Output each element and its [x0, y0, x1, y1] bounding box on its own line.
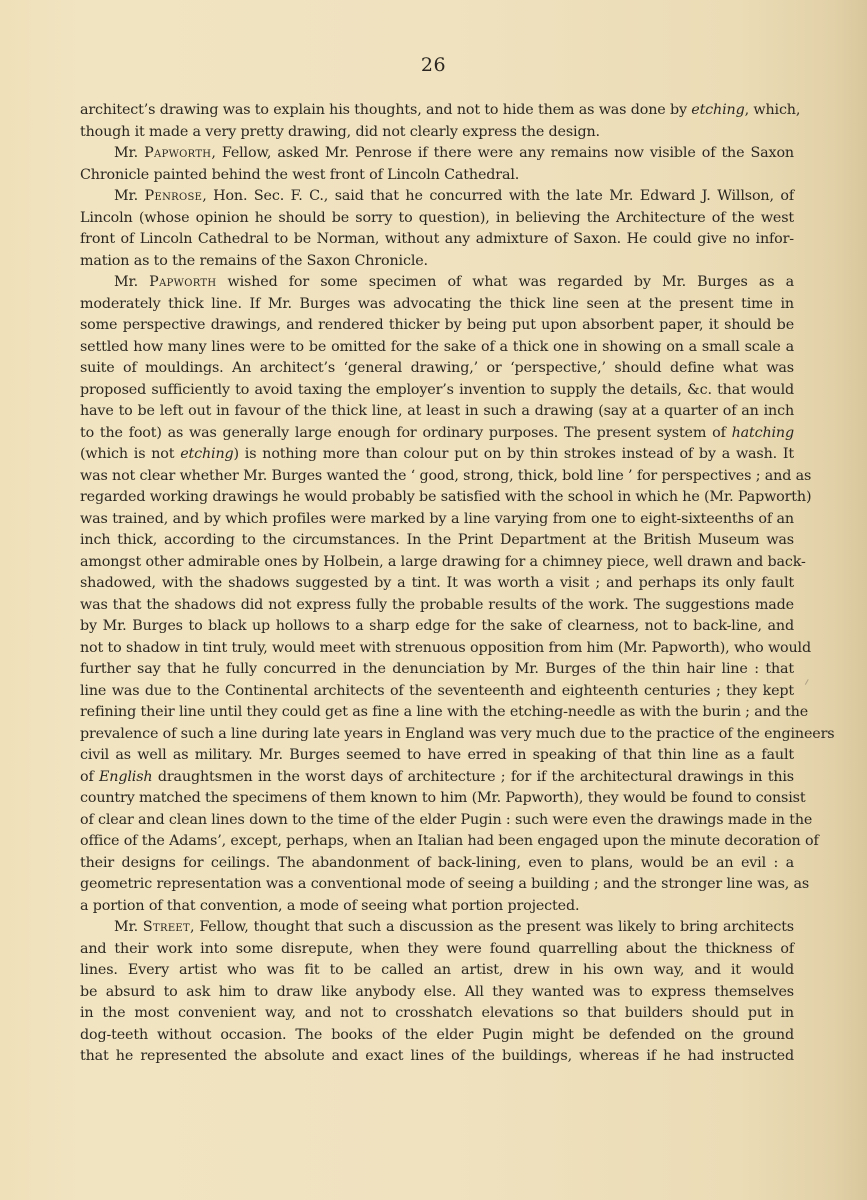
text-line: architect’s drawing was to explain his t… — [80, 100, 794, 122]
text-run: Mr. — [114, 188, 145, 204]
text-line: in the most convenient way, and not to c… — [80, 1003, 794, 1025]
page-number: 26 — [0, 54, 867, 76]
text-run: lines. Every artist who was fit to be ca… — [80, 962, 794, 978]
text-line: Lincoln (whose opinion he should be sorr… — [80, 208, 794, 230]
text-run: in the most convenient way, and not to c… — [80, 1005, 794, 1021]
text-run: wished for some specimen of what was reg… — [216, 274, 794, 290]
text-line: front of Lincoln Cathedral to be Norman,… — [80, 229, 794, 251]
text-line: Mr. Papworth wished for some specimen of… — [80, 272, 794, 294]
text-run: Mr. — [114, 145, 144, 161]
text-run: of — [80, 769, 99, 785]
text-run: some perspective drawings, and rendered … — [80, 317, 794, 333]
text-line: line was due to the Continental architec… — [80, 681, 794, 703]
text-run: was that the shadows did not express ful… — [80, 597, 794, 613]
text-line: that he represented the absolute and exa… — [80, 1046, 794, 1068]
text-line: country matched the specimens of them kn… — [80, 788, 794, 810]
text-line: proposed sufficiently to avoid taxing th… — [80, 380, 794, 402]
text-line: Mr. Penrose, Hon. Sec. F. C., said that … — [80, 186, 794, 208]
text-run: amongst other admirable ones by Holbein,… — [80, 554, 806, 570]
text-line: lines. Every artist who was fit to be ca… — [80, 960, 794, 982]
text-run: though it made a very pretty drawing, di… — [80, 124, 600, 140]
speaker-name: Papworth — [149, 274, 216, 290]
text-run: front of Lincoln Cathedral to be Norman,… — [80, 231, 794, 247]
text-run: by Mr. Burges to black up hollows to a s… — [80, 618, 794, 634]
text-run: a portion of that convention, a mode of … — [80, 898, 579, 914]
text-run: , which, — [745, 102, 801, 118]
text-line: refining their line until they could get… — [80, 702, 794, 724]
text-run: of clear and clean lines down to the tim… — [80, 812, 812, 828]
text-line: prevalence of such a line during late ye… — [80, 724, 794, 746]
text-line: Chronicle painted behind the west front … — [80, 165, 794, 187]
text-run: settled how many lines were to be omitte… — [80, 339, 794, 355]
text-line: was trained, and by which profiles were … — [80, 509, 794, 531]
text-line: shadowed, with the shadows suggested by … — [80, 573, 794, 595]
text-run: inch thick, according to the circumstanc… — [80, 532, 794, 548]
text-run: Lincoln (whose opinion he should be sorr… — [80, 210, 794, 226]
text-line: further say that he fully concurred in t… — [80, 659, 794, 681]
text-run: Mr. — [114, 274, 149, 290]
text-run: line was due to the Continental architec… — [80, 683, 794, 699]
text-run: , Fellow, thought that such a discussion… — [190, 919, 794, 935]
text-run: country matched the specimens of them kn… — [80, 790, 805, 806]
text-run: prevalence of such a line during late ye… — [80, 726, 834, 742]
text-run: proposed sufficiently to avoid taxing th… — [80, 382, 794, 398]
text-line: Mr. Papworth, Fellow, asked Mr. Penrose … — [80, 143, 794, 165]
speaker-name: Papworth — [144, 145, 211, 161]
text-run: geometric representation was a conventio… — [80, 876, 809, 892]
text-line: and their work into some disrepute, when… — [80, 939, 794, 961]
speaker-name: Street — [143, 919, 190, 935]
text-line: have to be left out in favour of the thi… — [80, 401, 794, 423]
text-line: mation as to the remains of the Saxon Ch… — [80, 251, 794, 273]
text-run: was trained, and by which profiles were … — [80, 511, 794, 527]
text-line: their designs for ceilings. The abandonm… — [80, 853, 794, 875]
text-line: not to shadow in tint truly, would meet … — [80, 638, 794, 660]
text-line: settled how many lines were to be omitte… — [80, 337, 794, 359]
speaker-name: Penrose — [145, 188, 203, 204]
text-line: suite of mouldings. An architect’s ‘gene… — [80, 358, 794, 380]
text-line: be absurd to ask him to draw like anybod… — [80, 982, 794, 1004]
text-run: mation as to the remains of the Saxon Ch… — [80, 253, 428, 269]
text-run: to the foot) as was generally large enou… — [80, 425, 732, 441]
text-line: civil as well as military. Mr. Burges se… — [80, 745, 794, 767]
text-line: (which is not etching) is nothing more t… — [80, 444, 794, 466]
text-line: Mr. Street, Fellow, thought that such a … — [80, 917, 794, 939]
body-text: architect’s drawing was to explain his t… — [80, 100, 794, 1068]
italic-term: etching — [691, 102, 744, 118]
text-run: , Hon. Sec. F. C., said that he concurre… — [202, 188, 794, 204]
text-line: moderately thick line. If Mr. Burges was… — [80, 294, 794, 316]
text-run: (which is not — [80, 446, 180, 462]
italic-term: etching — [180, 446, 233, 462]
text-run: suite of mouldings. An architect’s ‘gene… — [80, 360, 794, 376]
text-line: amongst other admirable ones by Holbein,… — [80, 552, 794, 574]
text-run: dog-teeth without occasion. The books of… — [80, 1027, 794, 1043]
text-run: Mr. — [114, 919, 143, 935]
text-line: dog-teeth without occasion. The books of… — [80, 1025, 794, 1047]
text-run: moderately thick line. If Mr. Burges was… — [80, 296, 794, 312]
text-line: was that the shadows did not express ful… — [80, 595, 794, 617]
text-run: draughtsmen in the worst days of archite… — [152, 769, 794, 785]
text-run: be absurd to ask him to draw like anybod… — [80, 984, 794, 1000]
text-run: further say that he fully concurred in t… — [80, 661, 794, 677]
text-run: architect’s drawing was to explain his t… — [80, 102, 691, 118]
text-run: have to be left out in favour of the thi… — [80, 403, 794, 419]
text-run: , Fellow, asked Mr. Penrose if there wer… — [211, 145, 794, 161]
text-line: though it made a very pretty drawing, di… — [80, 122, 794, 144]
italic-term: English — [99, 769, 152, 785]
text-run: Chronicle painted behind the west front … — [80, 167, 519, 183]
text-line: of clear and clean lines down to the tim… — [80, 810, 794, 832]
text-line: some perspective drawings, and rendered … — [80, 315, 794, 337]
text-run: not to shadow in tint truly, would meet … — [80, 640, 811, 656]
text-line: a portion of that convention, a mode of … — [80, 896, 794, 918]
text-run: their designs for ceilings. The abandonm… — [80, 855, 794, 871]
text-run: regarded working drawings he would proba… — [80, 489, 811, 505]
text-run: was not clear whether Mr. Burges wanted … — [80, 468, 811, 484]
text-line: was not clear whether Mr. Burges wanted … — [80, 466, 794, 488]
italic-term: hatching — [732, 425, 794, 441]
text-run: shadowed, with the shadows suggested by … — [80, 575, 794, 591]
text-run: ) is nothing more than colour put on by … — [234, 446, 794, 462]
text-run: and their work into some disrepute, when… — [80, 941, 794, 957]
text-line: geometric representation was a conventio… — [80, 874, 794, 896]
text-line: regarded working drawings he would proba… — [80, 487, 794, 509]
text-line: office of the Adams’, except, perhaps, w… — [80, 831, 794, 853]
text-line: of English draughtsmen in the worst days… — [80, 767, 794, 789]
text-run: refining their line until they could get… — [80, 704, 808, 720]
text-run: office of the Adams’, except, perhaps, w… — [80, 833, 819, 849]
margin-mark — [805, 679, 812, 687]
text-line: by Mr. Burges to black up hollows to a s… — [80, 616, 794, 638]
text-run: civil as well as military. Mr. Burges se… — [80, 747, 794, 763]
text-line: inch thick, according to the circumstanc… — [80, 530, 794, 552]
text-run: that he represented the absolute and exa… — [80, 1048, 794, 1064]
text-line: to the foot) as was generally large enou… — [80, 423, 794, 445]
